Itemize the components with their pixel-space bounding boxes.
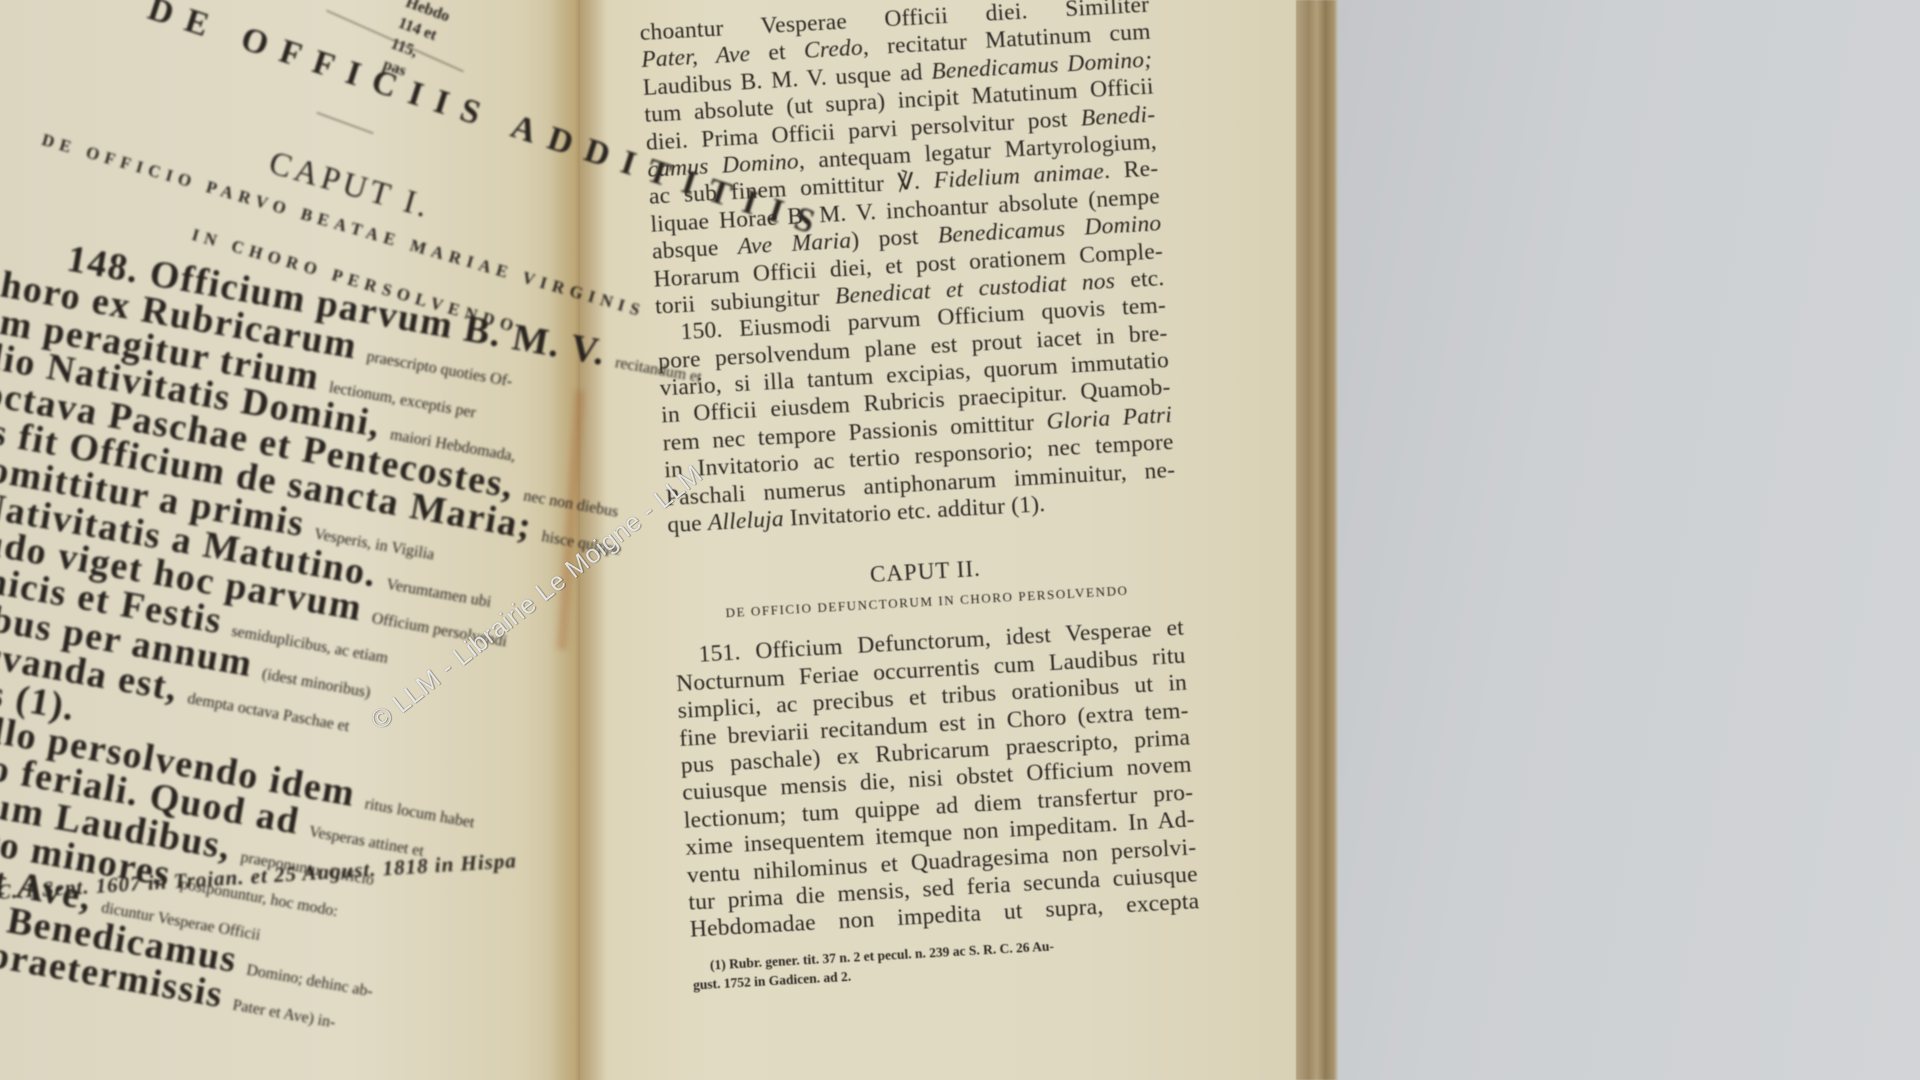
- paragraphs-149-150: choantur Vesperae Officii diei. Similite…: [639, 0, 1177, 540]
- book-page-edges: [1296, 0, 1338, 1080]
- paragraph-151: 151. Officium Defunctorum, idest Vespera…: [674, 615, 1200, 944]
- right-page-text: PARS II choantur Vesperae Officii diei. …: [639, 0, 1203, 994]
- table-surface: [1300, 0, 1920, 1080]
